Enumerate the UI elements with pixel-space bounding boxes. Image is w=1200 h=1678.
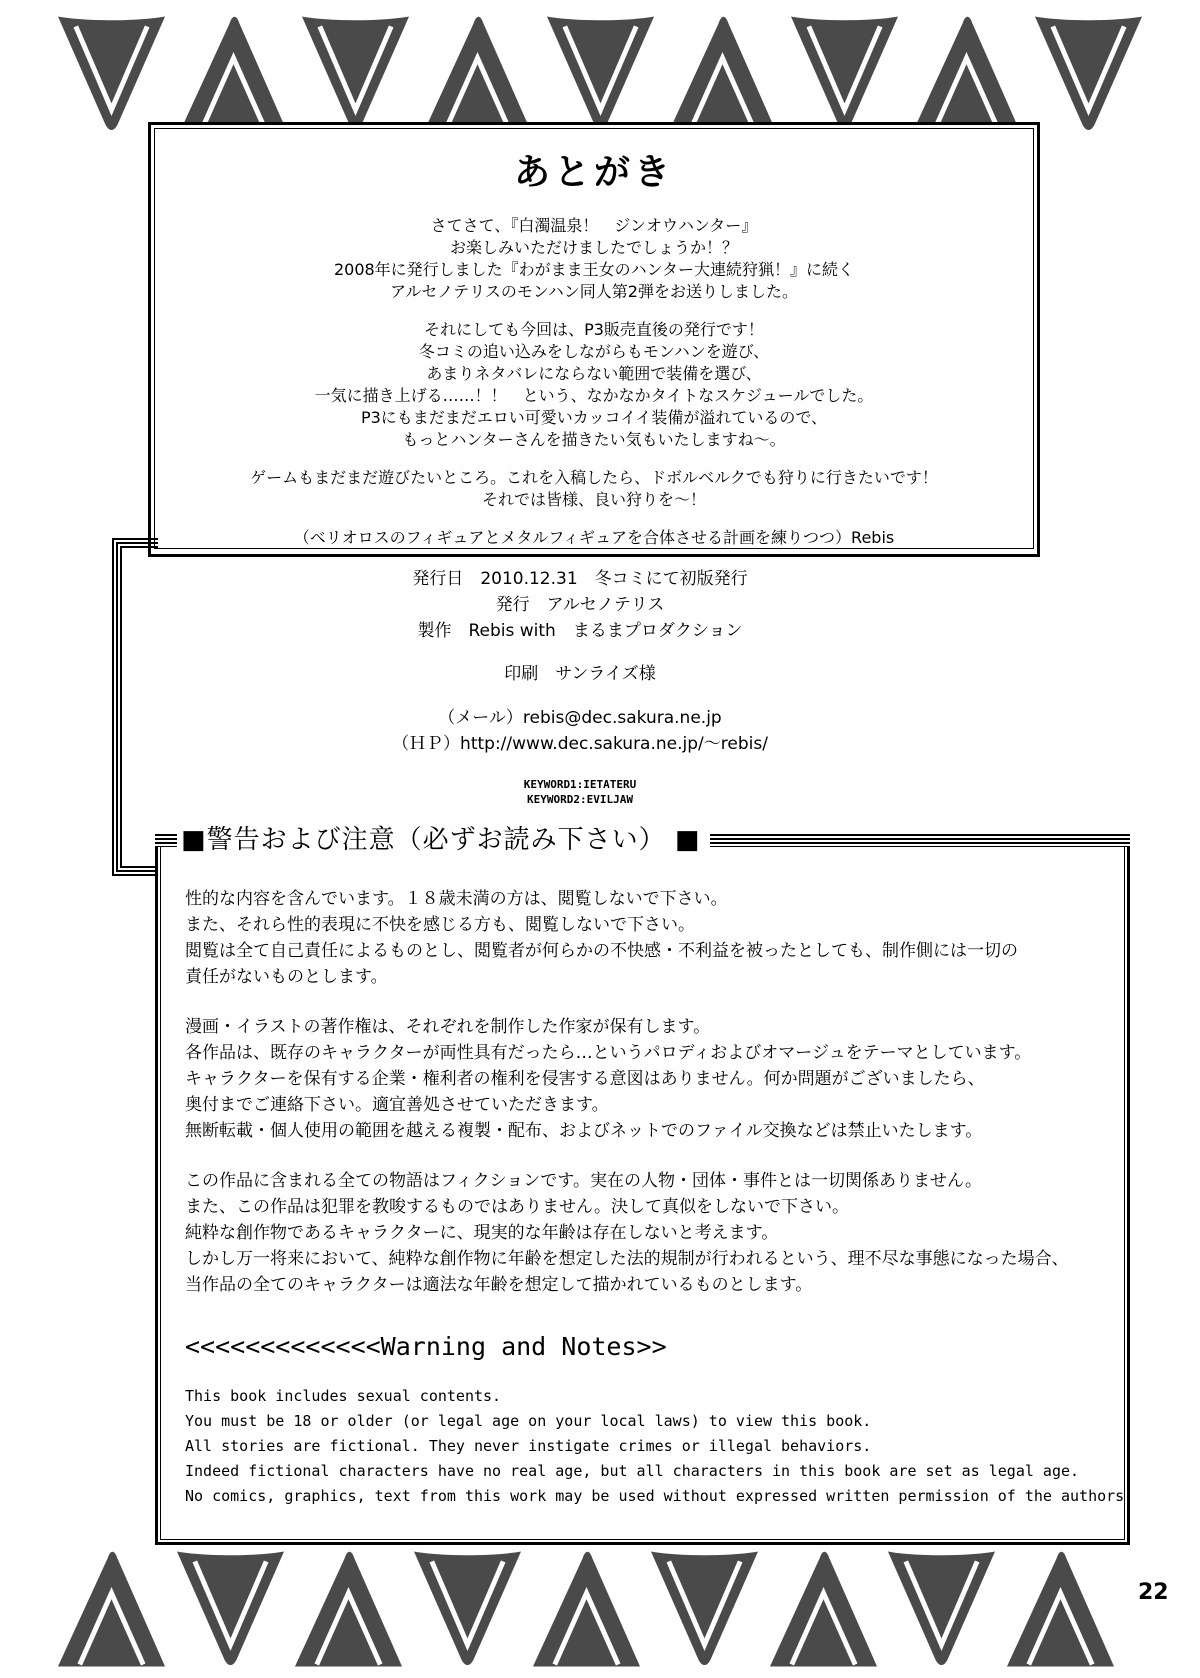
afterword-paragraph: ゲームもまだまだ遊びたいところ。これを入稿したら、ドボルベルクでも狩りに行きたい… — [155, 467, 1033, 511]
triangle-up-icon — [1004, 1548, 1117, 1670]
heading-rule-right — [710, 834, 1130, 847]
page-number: 22 — [1138, 1580, 1169, 1605]
triangle-down-icon — [885, 1548, 998, 1670]
warning-english-heading: <<<<<<<<<<<<<Warning and Notes>> — [185, 1332, 1116, 1362]
warning-heading-row: ■警告および注意（必ずお読み下さい） ■ — [155, 820, 1130, 860]
triangle-down-icon — [648, 1548, 761, 1670]
triangle-up-icon — [55, 1548, 168, 1670]
publisher: 発行 アルセノテリス — [150, 592, 1010, 618]
afterword-title: あとがき — [155, 153, 1033, 193]
triangle-down-icon — [299, 13, 412, 135]
triangle-up-icon — [530, 1548, 643, 1670]
warning-paragraph: 漫画・イラストの著作権は、それぞれを制作した作家が保有します。各作品は、既存のキ… — [185, 1014, 1116, 1144]
triangle-up-icon — [666, 13, 779, 135]
triangle-down-icon — [788, 13, 901, 135]
afterword-paragraph: さてさて、『白濁温泉！ ジンオウハンター』お楽しみいただけましたでしょうか！？2… — [155, 215, 1033, 303]
afterword-body: さてさて、『白濁温泉！ ジンオウハンター』お楽しみいただけましたでしょうか！？2… — [155, 215, 1033, 549]
triangle-down-icon — [55, 13, 168, 135]
afterword-box: あとがき さてさて、『白濁温泉！ ジンオウハンター』お楽しみいただけましたでしょ… — [148, 122, 1040, 557]
triangle-up-icon — [177, 13, 290, 135]
triangle-down-icon — [1032, 13, 1145, 135]
top-triangle-border — [55, 13, 1145, 135]
keywords: KEYWORD1:IETATERUKEYWORD2:EVILJAW — [150, 777, 1010, 807]
colophon: 発行日 2010.12.31 冬コミにて初版発行 発行 アルセノテリス 製作 R… — [150, 566, 1010, 807]
website-url: （ＨＰ）http://www.dec.sakura.ne.jp/～rebis/ — [150, 731, 1010, 757]
warning-section: ■警告および注意（必ずお読み下さい） ■ 性的な内容を含んでいます。１８歳未満の… — [155, 820, 1130, 1545]
triangle-up-icon — [767, 1548, 880, 1670]
afterword-paragraph: （ベリオロスのフィギュアとメタルフィギュアを合体させる計画を練りつつ）Rebis — [155, 527, 1033, 549]
printing-credit: 印刷 サンライズ様 — [150, 661, 1010, 687]
warning-paragraph: 性的な内容を含んでいます。１８歳未満の方は、閲覧しないで下さい。また、それら性的… — [185, 886, 1116, 990]
triangle-down-icon — [174, 1548, 287, 1670]
contact-info: （メール）rebis@dec.sakura.ne.jp （ＨＰ）http://w… — [150, 705, 1010, 757]
triangle-down-icon — [544, 13, 657, 135]
production-credit: 製作 Rebis with まるまプロダクション — [150, 618, 1010, 644]
email-address: （メール）rebis@dec.sakura.ne.jp — [150, 705, 1010, 731]
warning-paragraph: この作品に含まれる全ての物語はフィクションです。実在の人物・団体・事件とは一切関… — [185, 1168, 1116, 1298]
heading-rule-left — [155, 834, 177, 847]
warning-heading: ■警告および注意（必ずお読み下さい） ■ — [177, 820, 710, 860]
triangle-up-icon — [421, 13, 534, 135]
warning-content: 性的な内容を含んでいます。１８歳未満の方は、閲覧しないで下さい。また、それら性的… — [185, 886, 1116, 1509]
triangle-up-icon — [910, 13, 1023, 135]
triangle-down-icon — [411, 1548, 524, 1670]
warning-english-text: This book includes sexual contents.You m… — [185, 1384, 1116, 1509]
issue-date: 発行日 2010.12.31 冬コミにて初版発行 — [150, 566, 1010, 592]
afterword-paragraph: それにしても今回は、P3販売直後の発行です！冬コミの追い込みをしながらもモンハン… — [155, 319, 1033, 451]
afterword-inner-frame: あとがき さてさて、『白濁温泉！ ジンオウハンター』お楽しみいただけましたでしょ… — [154, 128, 1034, 549]
bottom-triangle-border — [55, 1548, 1117, 1670]
triangle-up-icon — [292, 1548, 405, 1670]
